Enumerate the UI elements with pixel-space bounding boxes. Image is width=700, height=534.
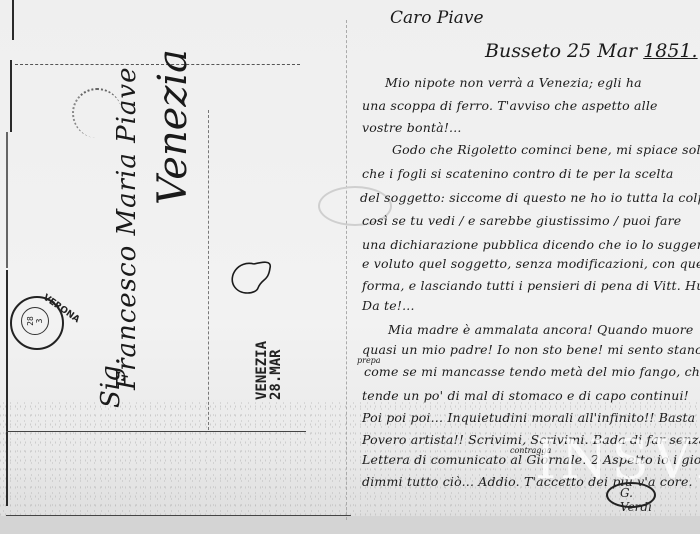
c-mark-icon xyxy=(228,258,272,298)
letter-line: del soggetto: siccome di questo ne ho io… xyxy=(360,190,700,205)
address-prefix: Sig. xyxy=(96,357,126,408)
year: 1851. xyxy=(643,40,697,62)
postmark-rect-line1: VENEZIA xyxy=(255,341,269,400)
signature-text: G. Verdi xyxy=(620,486,654,514)
round-postmark: VERONA 28 3 xyxy=(10,296,64,350)
letter-line: una dichiarazione pubblica dicendo che i… xyxy=(362,237,700,252)
letter-line: quasi un mio padre! Io non sto bene! mi … xyxy=(362,342,700,357)
page-edge-line xyxy=(6,132,8,268)
letter-line: Godo che Rigoletto cominci bene, mi spia… xyxy=(392,142,700,157)
letter-line: come se mi mancasse tendo metà del mio f… xyxy=(364,364,700,379)
address-city: Venezia xyxy=(150,49,196,205)
letter-line: forma, e lasciando tutti i pensieri di p… xyxy=(362,278,700,293)
postmark-date: 28 3 xyxy=(21,307,49,335)
page-edge-line xyxy=(10,60,12,132)
letter-line: una scoppa di ferro. T'avviso che aspett… xyxy=(362,98,658,113)
letter-line: Mia madre è ammalata ancora! Quando muor… xyxy=(388,322,694,337)
letter-line: che i fogli si scatenino contro di te pe… xyxy=(362,166,674,181)
fold-line-bottom xyxy=(6,431,306,432)
letter-line: Mio nipote non verrà a Venezia; egli ha xyxy=(385,75,642,90)
salutation: Caro Piave xyxy=(390,8,484,28)
signature: G. Verdi xyxy=(606,482,656,508)
watermark: INSVI xyxy=(535,428,700,491)
letter-line: Poi poi poi... Inquietudini morali all'i… xyxy=(362,410,695,425)
center-fold xyxy=(346,20,347,520)
page-edge-line xyxy=(12,0,14,40)
postmark-rect-line2: 28.MAR xyxy=(269,341,283,400)
letter-line: Da te!... xyxy=(362,298,415,313)
page-edge-line xyxy=(6,270,8,506)
postmark-day: 28 xyxy=(26,308,35,334)
letter-line: vostre bontà!... xyxy=(362,120,462,135)
letter-sheet: Venezia Francesco Maria Piave Sig. VERON… xyxy=(0,0,700,534)
letter-line: così se tu vedi / e sarebbe giustissimo … xyxy=(362,213,681,228)
place-date-text: Busseto 25 Mar xyxy=(485,40,637,62)
letter-line: e voluto quel soggetto, senza modificazi… xyxy=(362,256,700,271)
fold-line-vertical xyxy=(208,110,209,430)
letter-line: tende un po' di mal di stomaco e di capo… xyxy=(362,388,689,403)
place-date: Busseto 25 Mar 1851. xyxy=(485,40,698,62)
page-bottom-edge xyxy=(6,515,351,516)
rect-postmark: VENEZIA 28.MAR xyxy=(255,341,283,400)
postmark-month: 3 xyxy=(35,308,44,334)
address-recipient: Francesco Maria Piave xyxy=(112,66,142,390)
scan-bottom-edge xyxy=(0,516,700,534)
